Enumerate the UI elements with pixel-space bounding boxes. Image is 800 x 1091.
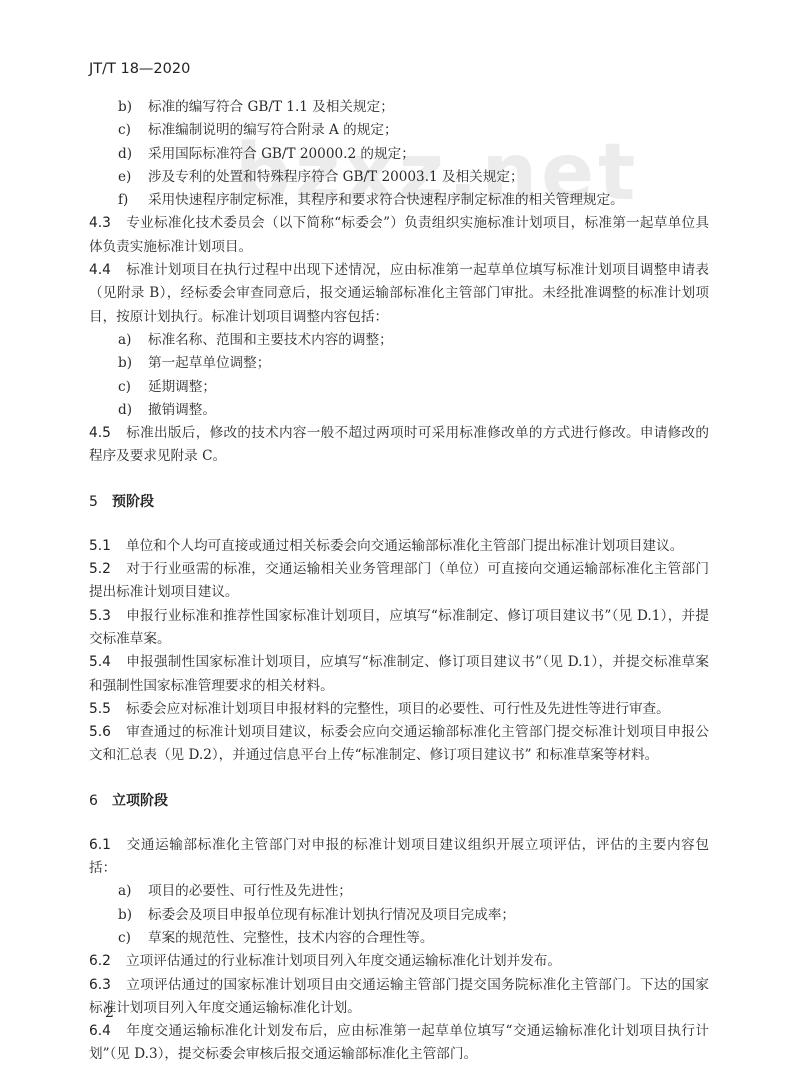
list-item-label: f) [118, 189, 128, 212]
adjustment-list: a) 标准名称、范围和主要技术内容的调整； b) 第一起草单位调整； c) 延期… [89, 329, 709, 422]
clause-number: 4.5 [89, 422, 126, 445]
list-item-text: 延期调整； [148, 379, 216, 395]
clause-6-1: 6.1交通运输部标准化主管部门对申报的标准计划项目建议组织开展立项评估，评估的主… [89, 834, 709, 881]
list-item-label: c) [118, 376, 131, 399]
clause-text: 交通运输部标准化主管部门对申报的标准计划项目建议组织开展立项评估，评估的主要内容… [89, 837, 709, 876]
list-item-label: b) [118, 352, 132, 375]
list-item-text: 采用国际标准符合 GB/T 20000.2 的规定； [148, 146, 415, 162]
clause-number: 6.1 [89, 834, 126, 857]
clause-number: 6.4 [89, 1020, 126, 1043]
clause-text: 标委会应对标准计划项目申报材料的完整性，项目的必要性、可行性及先进性等进行审查。 [126, 701, 670, 717]
section-title: 立项阶段 [112, 793, 168, 809]
list-item: c) 草案的规范性、完整性，技术内容的合理性等。 [89, 927, 709, 950]
list-item-text: 标委会及项目申报单位现有标准计划执行情况及项目完成率； [148, 907, 515, 923]
clause-5-6: 5.6审查通过的标准计划项目建议，标委会应向交通运输部标准化主管部门提交标准计划… [89, 721, 709, 768]
clause-4-5: 4.5标准出版后，修改的技术内容一般不超过两项时可采用标准修改单的方式进行修改。… [89, 422, 709, 469]
list-item-label: a) [118, 880, 131, 903]
list-item: d) 采用国际标准符合 GB/T 20000.2 的规定； [89, 143, 709, 166]
clause-text: 单位和个人均可直接或通过相关标委会向交通运输部标准化主管部门提出标准计划项目建议… [126, 538, 683, 554]
list-item: e) 涉及专利的处置和特殊程序符合 GB/T 20003.1 及相关规定； [89, 166, 709, 189]
clause-text: 标准计划项目在执行过程中出现下述情况，应由标准第一起草单位填写标准计划项目调整申… [89, 262, 709, 325]
requirements-list: b) 标准的编写符合 GB/T 1.1 及相关规定； c) 标准编制说明的编写符… [89, 96, 709, 212]
list-item-text: 撤销调整。 [148, 402, 216, 418]
list-item: b) 标委会及项目申报单位现有标准计划执行情况及项目完成率； [89, 904, 709, 927]
clause-5-1: 5.1单位和个人均可直接或通过相关标委会向交通运输部标准化主管部门提出标准计划项… [89, 535, 709, 558]
clause-text: 申报强制性国家标准计划项目，应填写“标准制定、修订项目建议书”（见 D.1），并… [89, 654, 709, 693]
document-page: JT/T 18—2020 b) 标准的编写符合 GB/T 1.1 及相关规定； … [89, 58, 709, 1067]
list-item-text: 采用快速程序制定标准，其程序和要求符合快速程序制定标准的相关管理规定。 [148, 192, 624, 208]
list-item-label: a) [118, 329, 131, 352]
clause-text: 标准出版后，修改的技术内容一般不超过两项时可采用标准修改单的方式进行修改。申请修… [89, 425, 709, 464]
clause-number: 4.3 [89, 212, 126, 235]
clause-number: 5.3 [89, 605, 126, 628]
evaluation-list: a) 项目的必要性、可行性及先进性； b) 标委会及项目申报单位现有标准计划执行… [89, 880, 709, 950]
list-item-label: d) [118, 143, 132, 166]
list-item-label: c) [118, 927, 131, 950]
clause-5-2: 5.2对于行业亟需的标准，交通运输相关业务管理部门（单位）可直接向交通运输部标准… [89, 558, 709, 605]
clause-text: 年度交通运输标准化计划发布后，应由标准第一起草单位填写“交通运输标准化计划项目执… [89, 1023, 709, 1062]
section-number: 5 [89, 491, 112, 514]
list-item: c) 延期调整； [89, 376, 709, 399]
list-item-label: c) [118, 119, 131, 142]
list-item-text: 标准名称、范围和主要技术内容的调整； [148, 332, 393, 348]
section-number: 6 [89, 790, 112, 813]
list-item: b) 标准的编写符合 GB/T 1.1 及相关规定； [89, 96, 709, 119]
clause-5-4: 5.4申报强制性国家标准计划项目，应填写“标准制定、修订项目建议书”（见 D.1… [89, 651, 709, 698]
clause-text: 对于行业亟需的标准，交通运输相关业务管理部门（单位）可直接向交通运输部标准化主管… [89, 561, 709, 600]
clause-number: 5.5 [89, 698, 126, 721]
clause-6-2: 6.2立项评估通过的行业标准计划项目列入年度交通运输标准化计划并发布。 [89, 950, 709, 973]
list-item-text: 标准编制说明的编写符合附录 A 的规定； [148, 122, 398, 138]
section-heading-5: 5预阶段 [89, 491, 709, 514]
clause-number: 6.3 [89, 974, 126, 997]
list-item-text: 标准的编写符合 GB/T 1.1 及相关规定； [148, 99, 394, 115]
list-item-label: e) [118, 166, 131, 189]
clause-number: 4.4 [89, 259, 126, 282]
clause-text: 立项评估通过的国家标准计划项目由交通运输主管部门提交国务院标准化主管部门。下达的… [89, 977, 709, 1016]
clause-text: 审查通过的标准计划项目建议，标委会应向交通运输部标准化主管部门提交标准计划项目申… [89, 724, 709, 763]
list-item-text: 草案的规范性、完整性，技术内容的合理性等。 [148, 930, 433, 946]
clause-5-3: 5.3申报行业标准和推荐性国家标准计划项目，应填写“标准制定、修订项目建议书”（… [89, 605, 709, 652]
clause-text: 申报行业标准和推荐性国家标准计划项目，应填写“标准制定、修订项目建议书”（见 D… [89, 608, 709, 647]
clause-5-5: 5.5标委会应对标准计划项目申报材料的完整性，项目的必要性、可行性及先进性等进行… [89, 698, 709, 721]
list-item-label: b) [118, 904, 132, 927]
section-title: 预阶段 [112, 494, 154, 510]
clause-number: 6.2 [89, 950, 126, 973]
section-heading-6: 6立项阶段 [89, 790, 709, 813]
clause-text: 专业标准化技术委员会（以下简称“标委会”）负责组织实施标准计划项目，标准第一起草… [89, 215, 709, 254]
clause-number: 5.2 [89, 558, 126, 581]
list-item: a) 标准名称、范围和主要技术内容的调整； [89, 329, 709, 352]
clause-6-3: 6.3立项评估通过的国家标准计划项目由交通运输主管部门提交国务院标准化主管部门。… [89, 974, 709, 1021]
list-item: b) 第一起草单位调整； [89, 352, 709, 375]
clause-text: 立项评估通过的行业标准计划项目列入年度交通运输标准化计划并发布。 [126, 953, 561, 969]
list-item-label: b) [118, 96, 132, 119]
list-item-text: 第一起草单位调整； [148, 355, 270, 371]
list-item: d) 撤销调整。 [89, 399, 709, 422]
clause-number: 5.1 [89, 535, 126, 558]
list-item-text: 涉及专利的处置和特殊程序符合 GB/T 20003.1 及相关规定； [148, 169, 524, 185]
clause-4-3: 4.3专业标准化技术委员会（以下简称“标委会”）负责组织实施标准计划项目，标准第… [89, 212, 709, 259]
clause-6-4: 6.4年度交通运输标准化计划发布后，应由标准第一起草单位填写“交通运输标准化计划… [89, 1020, 709, 1067]
list-item: a) 项目的必要性、可行性及先进性； [89, 880, 709, 903]
list-item: c) 标准编制说明的编写符合附录 A 的规定； [89, 119, 709, 142]
clause-number: 5.6 [89, 721, 126, 744]
document-code-header: JT/T 18—2020 [89, 58, 709, 80]
list-item-label: d) [118, 399, 132, 422]
list-item: f) 采用快速程序制定标准，其程序和要求符合快速程序制定标准的相关管理规定。 [89, 189, 709, 212]
list-item-text: 项目的必要性、可行性及先进性； [148, 883, 352, 899]
clause-number: 5.4 [89, 651, 126, 674]
clause-4-4: 4.4标准计划项目在执行过程中出现下述情况，应由标准第一起草单位填写标准计划项目… [89, 259, 709, 329]
